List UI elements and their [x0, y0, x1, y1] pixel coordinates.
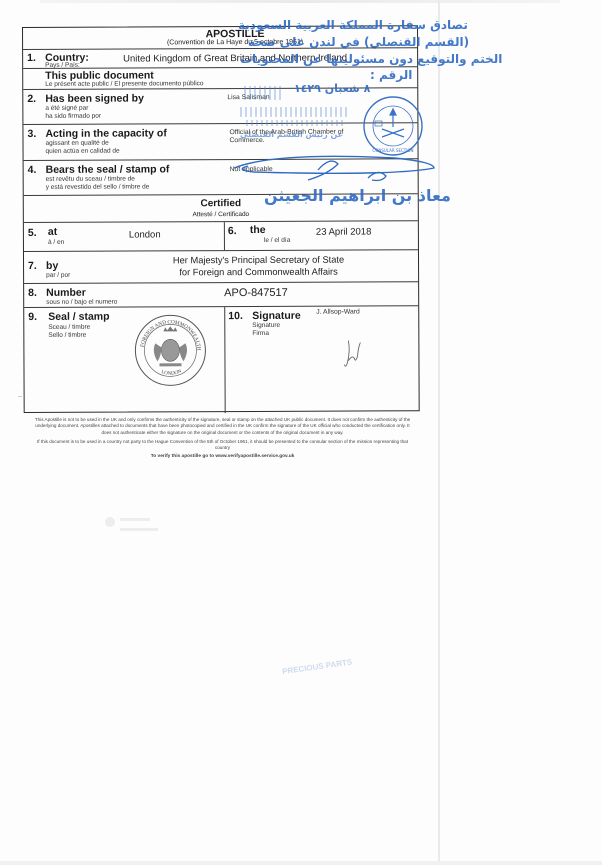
sublabel-es: y está revestido del sello / timbre de: [46, 183, 150, 190]
field-sublabel: agissant en qualité dequien actúa en cal…: [45, 140, 119, 156]
field-label: Signature: [252, 310, 300, 322]
field-label: Bears the seal / stamp of: [46, 163, 170, 176]
field-sublabel: Le présent acte public / El presente doc…: [45, 80, 203, 89]
embassy-stamp-line-3: الختم والتوقيع دون مسئوليتها عن المحتويا…: [240, 52, 502, 66]
sublabel-fr: est revêtu du sceau / timbre de: [46, 176, 135, 183]
place-value: London: [129, 229, 161, 240]
field-number: 4.: [28, 164, 37, 176]
faint-stamp-text: [246, 120, 346, 126]
field-label: at: [48, 226, 57, 238]
embassy-stamp-line-1: تصادق سفارة المملكة العربية السعودية: [238, 18, 468, 32]
embassy-ref-label: الرقم :: [370, 68, 412, 82]
field-number: 6.: [228, 225, 237, 237]
sublabel-fr: Sceau / timbre: [48, 324, 90, 331]
field-number: 1.: [27, 52, 36, 64]
scan-artifact: [100, 510, 160, 540]
scan-page-edge: [438, 0, 440, 865]
authority-line-2: for Foreign and Commonwealth Affairs: [179, 267, 338, 278]
footer-hague-note: If this document is to be used in a coun…: [30, 439, 415, 452]
sublabel-fr: agissant en qualité de: [45, 140, 108, 147]
faint-stamp-text: [240, 107, 350, 117]
field-label: Number: [46, 287, 86, 299]
field-by: 7. by par / por Her Majesty's Principal …: [24, 250, 418, 284]
apostille-footer: This Apostille is not to be used in the …: [30, 417, 415, 464]
field-number: 7.: [28, 260, 37, 272]
field-number: 8. Number sous no / bajo el numero APO-8…: [24, 282, 418, 308]
fco-seal-icon: FOREIGN AND COMMONWEALTH OFFICE LONDON: [133, 313, 207, 387]
apostille-number-value: APO-847517: [224, 287, 288, 299]
scan-mark: [18, 396, 22, 397]
field-number: 10.: [228, 310, 243, 322]
sublabel-fr: a été signé par: [45, 105, 88, 112]
embassy-stamp-line-2: (القسم القنصلي) في لندن على صحة: [248, 35, 469, 49]
field-sublabel: Sceau / timbreSello / timbre: [48, 324, 90, 340]
authority-line-1: Her Majesty's Principal Secretary of Sta…: [173, 255, 344, 266]
embassy-stamp-date: ٨ شعبان ١٤٢٩: [294, 82, 370, 95]
saudi-embassy-seal-icon: CONSULAR SECTION: [362, 95, 424, 157]
field-number: 2.: [27, 93, 36, 105]
sublabel-es: quien actúa en calidad de: [46, 148, 120, 155]
field-sublabel: est revêtu du sceau / timbre dey está re…: [46, 175, 150, 191]
authority-value: Her Majesty's Principal Secretary of Sta…: [154, 253, 418, 278]
field-number: 9.: [28, 311, 37, 323]
field-label: by: [46, 260, 58, 272]
field-sublabel: par / por: [46, 272, 70, 280]
field-place-date: 5. at à / en London 6. the le / el día 2…: [24, 221, 418, 252]
faint-bleed-through-stamp: PRECIOUS PARTS: [282, 653, 391, 736]
date-value: 23 April 2018: [316, 226, 372, 237]
field-label: Acting in the capacity of: [45, 127, 166, 140]
sublabel-fr: Signature: [252, 322, 280, 329]
certified-subtitle: Attesté / Certificado: [24, 210, 418, 219]
faint-stamp-text: [244, 86, 284, 100]
sublabel-es: ha sido firmado por: [45, 113, 101, 120]
field-label: the: [250, 224, 266, 236]
scan-edge-top: [40, 0, 560, 3]
sublabel-es: Firma: [252, 330, 269, 337]
embassy-official-title: عن رئيس القسم القنصلي: [240, 130, 343, 139]
field-seal-signature: 9. Seal / stamp Sceau / timbreSello / ti…: [24, 306, 418, 414]
svg-text:LONDON: LONDON: [160, 369, 182, 377]
footer-verify-link[interactable]: To verify this apostille go to www.verif…: [30, 454, 415, 460]
field-sublabel: a été signé parha sido firmado por: [45, 105, 101, 121]
field-label: Has been signed by: [45, 92, 144, 104]
field-label: Seal / stamp: [48, 311, 109, 323]
field-number: 3.: [27, 128, 36, 140]
field-sublabel: à / en: [48, 239, 64, 247]
field-sublabel: SignatureFirma: [252, 322, 280, 338]
field-sublabel: le / el día: [264, 237, 290, 245]
scan-edge-bottom: [0, 861, 602, 865]
embassy-signatory-name: معاذ بن ابراهيم الجعيثن: [264, 186, 451, 205]
signer-name: J. Allsop-Ward: [316, 309, 360, 316]
field-number: 5.: [28, 227, 37, 239]
sublabel-es: Sello / timbre: [48, 332, 86, 339]
field-number-index: 8.: [28, 287, 37, 299]
handwritten-signature-icon: [342, 333, 364, 373]
footer-disclaimer: This Apostille is not to be used in the …: [30, 417, 415, 436]
column-divider: [224, 222, 225, 250]
column-divider: [224, 307, 225, 413]
field-sublabel: sous no / bajo el numero: [46, 299, 117, 307]
